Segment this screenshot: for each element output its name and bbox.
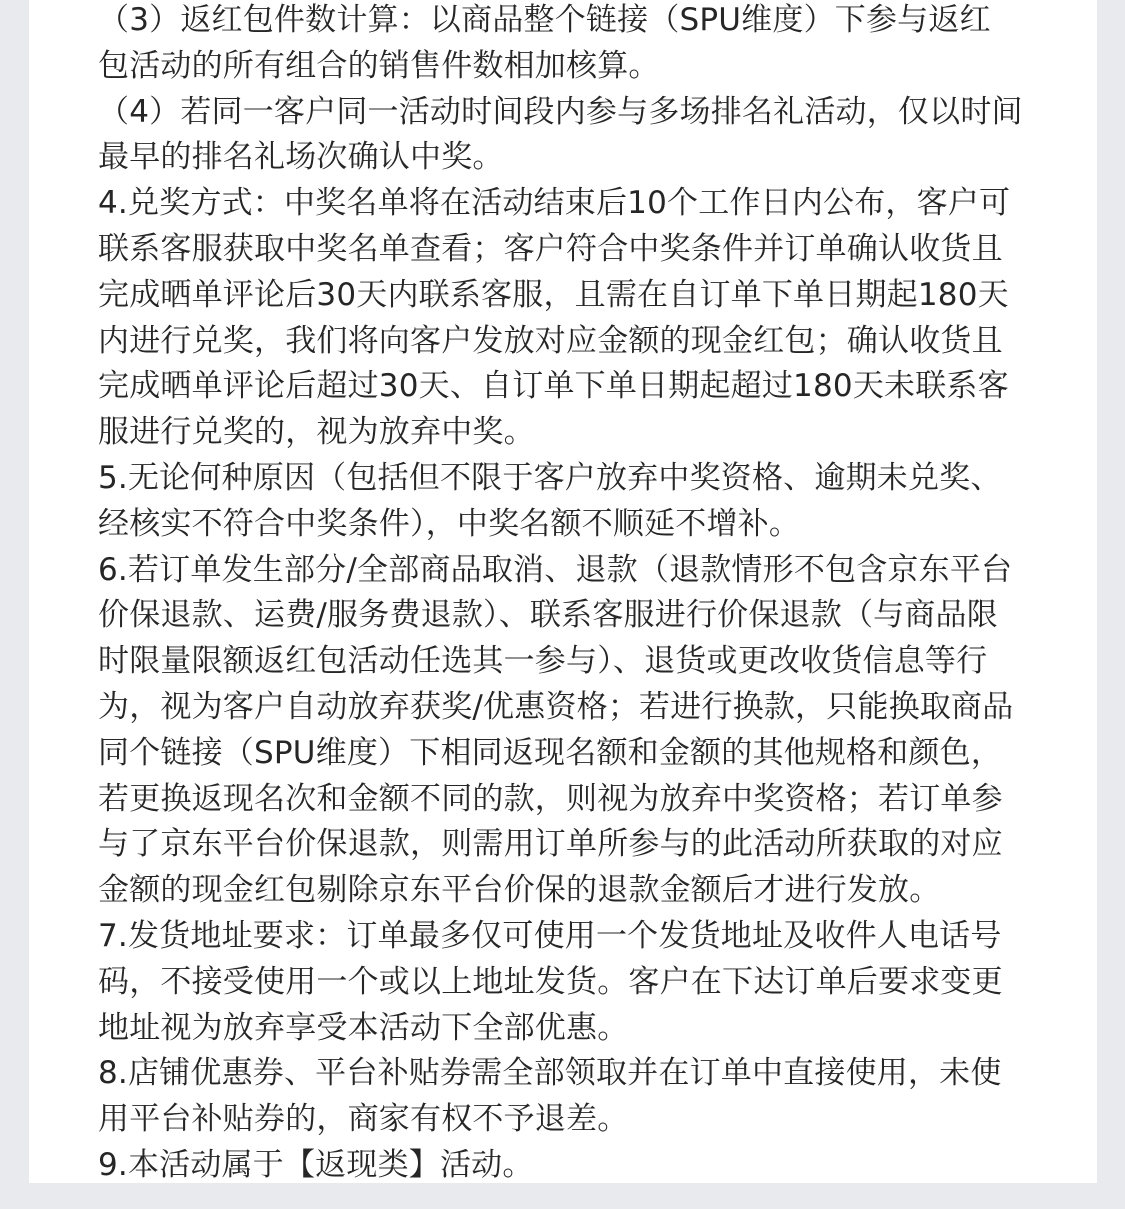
rule-line: （3）返红包件数计算：以商品整个链接（SPU维度）下参与返红 [98,0,1088,44]
rule-5-no-backfill: 5.无论何种原因（包括但不限于客户放弃中奖资格、逾期未兑奖、 经核实不符合中奖条… [98,456,1088,548]
rule-line: 完成晒单评论后30天内联系客服，且需在自订单下单日期起180天 [98,273,1088,319]
rule-line: 包活动的所有组合的销售件数相加核算。 [98,44,1088,90]
rule-4-redemption: 4.兑奖方式：中奖名单将在活动结束后10个工作日内公布，客户可 联系客服获取中奖… [98,181,1088,456]
rule-9-activity-type: 9.本活动属于【返现类】活动。 [98,1143,1088,1189]
rule-line: 8.店铺优惠券、平台补贴券需全部领取并在订单中直接使用，未使 [98,1051,1088,1097]
rules-card: （3）返红包件数计算：以商品整个链接（SPU维度）下参与返红 包活动的所有组合的… [29,0,1097,1183]
rule-line: 7.发货地址要求：订单最多仅可使用一个发货地址及收件人电话号 [98,914,1088,960]
rule-line: 最早的排名礼场次确认中奖。 [98,135,1088,181]
rule-6-refund: 6.若订单发生部分/全部商品取消、退款（退款情形不包含京东平台 价保退款、运费/… [98,548,1088,914]
rule-line: 为，视为客户自动放弃获奖/优惠资格；若进行换款，只能换取商品 [98,685,1088,731]
rule-line: 9.本活动属于【返现类】活动。 [98,1143,1088,1189]
rule-3-sub: （3）返红包件数计算：以商品整个链接（SPU维度）下参与返红 包活动的所有组合的… [98,0,1088,90]
rule-line: 联系客服获取中奖名单查看；客户符合中奖条件并订单确认收货且 [98,227,1088,273]
rule-line: 价保退款、运费/服务费退款）、联系客服进行价保退款（与商品限 [98,593,1088,639]
rule-line: 时限量限额返红包活动任选其一参与）、退货或更改收货信息等行 [98,639,1088,685]
activity-rules-text: （3）返红包件数计算：以商品整个链接（SPU维度）下参与返红 包活动的所有组合的… [98,0,1088,1189]
rule-line: 金额的现金红包剔除京东平台价保的退款金额后才进行发放。 [98,868,1088,914]
rule-4-sub: （4）若同一客户同一活动时间段内参与多场排名礼活动，仅以时间 最早的排名礼场次确… [98,90,1088,182]
rule-8-coupons: 8.店铺优惠券、平台补贴券需全部领取并在订单中直接使用，未使 用平台补贴券的，商… [98,1051,1088,1143]
rule-line: 若更换返现名次和金额不同的款，则视为放弃中奖资格；若订单参 [98,777,1088,823]
rule-line: 用平台补贴券的，商家有权不予退差。 [98,1097,1088,1143]
rule-line: 完成晒单评论后超过30天、自订单下单日期起超过180天未联系客 [98,364,1088,410]
rule-line: （4）若同一客户同一活动时间段内参与多场排名礼活动，仅以时间 [98,90,1088,136]
rule-line: 码，不接受使用一个或以上地址发货。客户在下达订单后要求变更 [98,960,1088,1006]
rule-line: 5.无论何种原因（包括但不限于客户放弃中奖资格、逾期未兑奖、 [98,456,1088,502]
rule-line: 同个链接（SPU维度）下相同返现名额和金额的其他规格和颜色， [98,731,1088,777]
rule-line: 4.兑奖方式：中奖名单将在活动结束后10个工作日内公布，客户可 [98,181,1088,227]
rule-line: 内进行兑奖，我们将向客户发放对应金额的现金红包；确认收货且 [98,319,1088,365]
rule-line: 6.若订单发生部分/全部商品取消、退款（退款情形不包含京东平台 [98,548,1088,594]
rule-7-shipping-address: 7.发货地址要求：订单最多仅可使用一个发货地址及收件人电话号 码，不接受使用一个… [98,914,1088,1051]
rule-line: 与了京东平台价保退款，则需用订单所参与的此活动所获取的对应 [98,822,1088,868]
rule-line: 地址视为放弃享受本活动下全部优惠。 [98,1006,1088,1052]
rule-line: 经核实不符合中奖条件），中奖名额不顺延不增补。 [98,502,1088,548]
rule-line: 服进行兑奖的，视为放弃中奖。 [98,410,1088,456]
